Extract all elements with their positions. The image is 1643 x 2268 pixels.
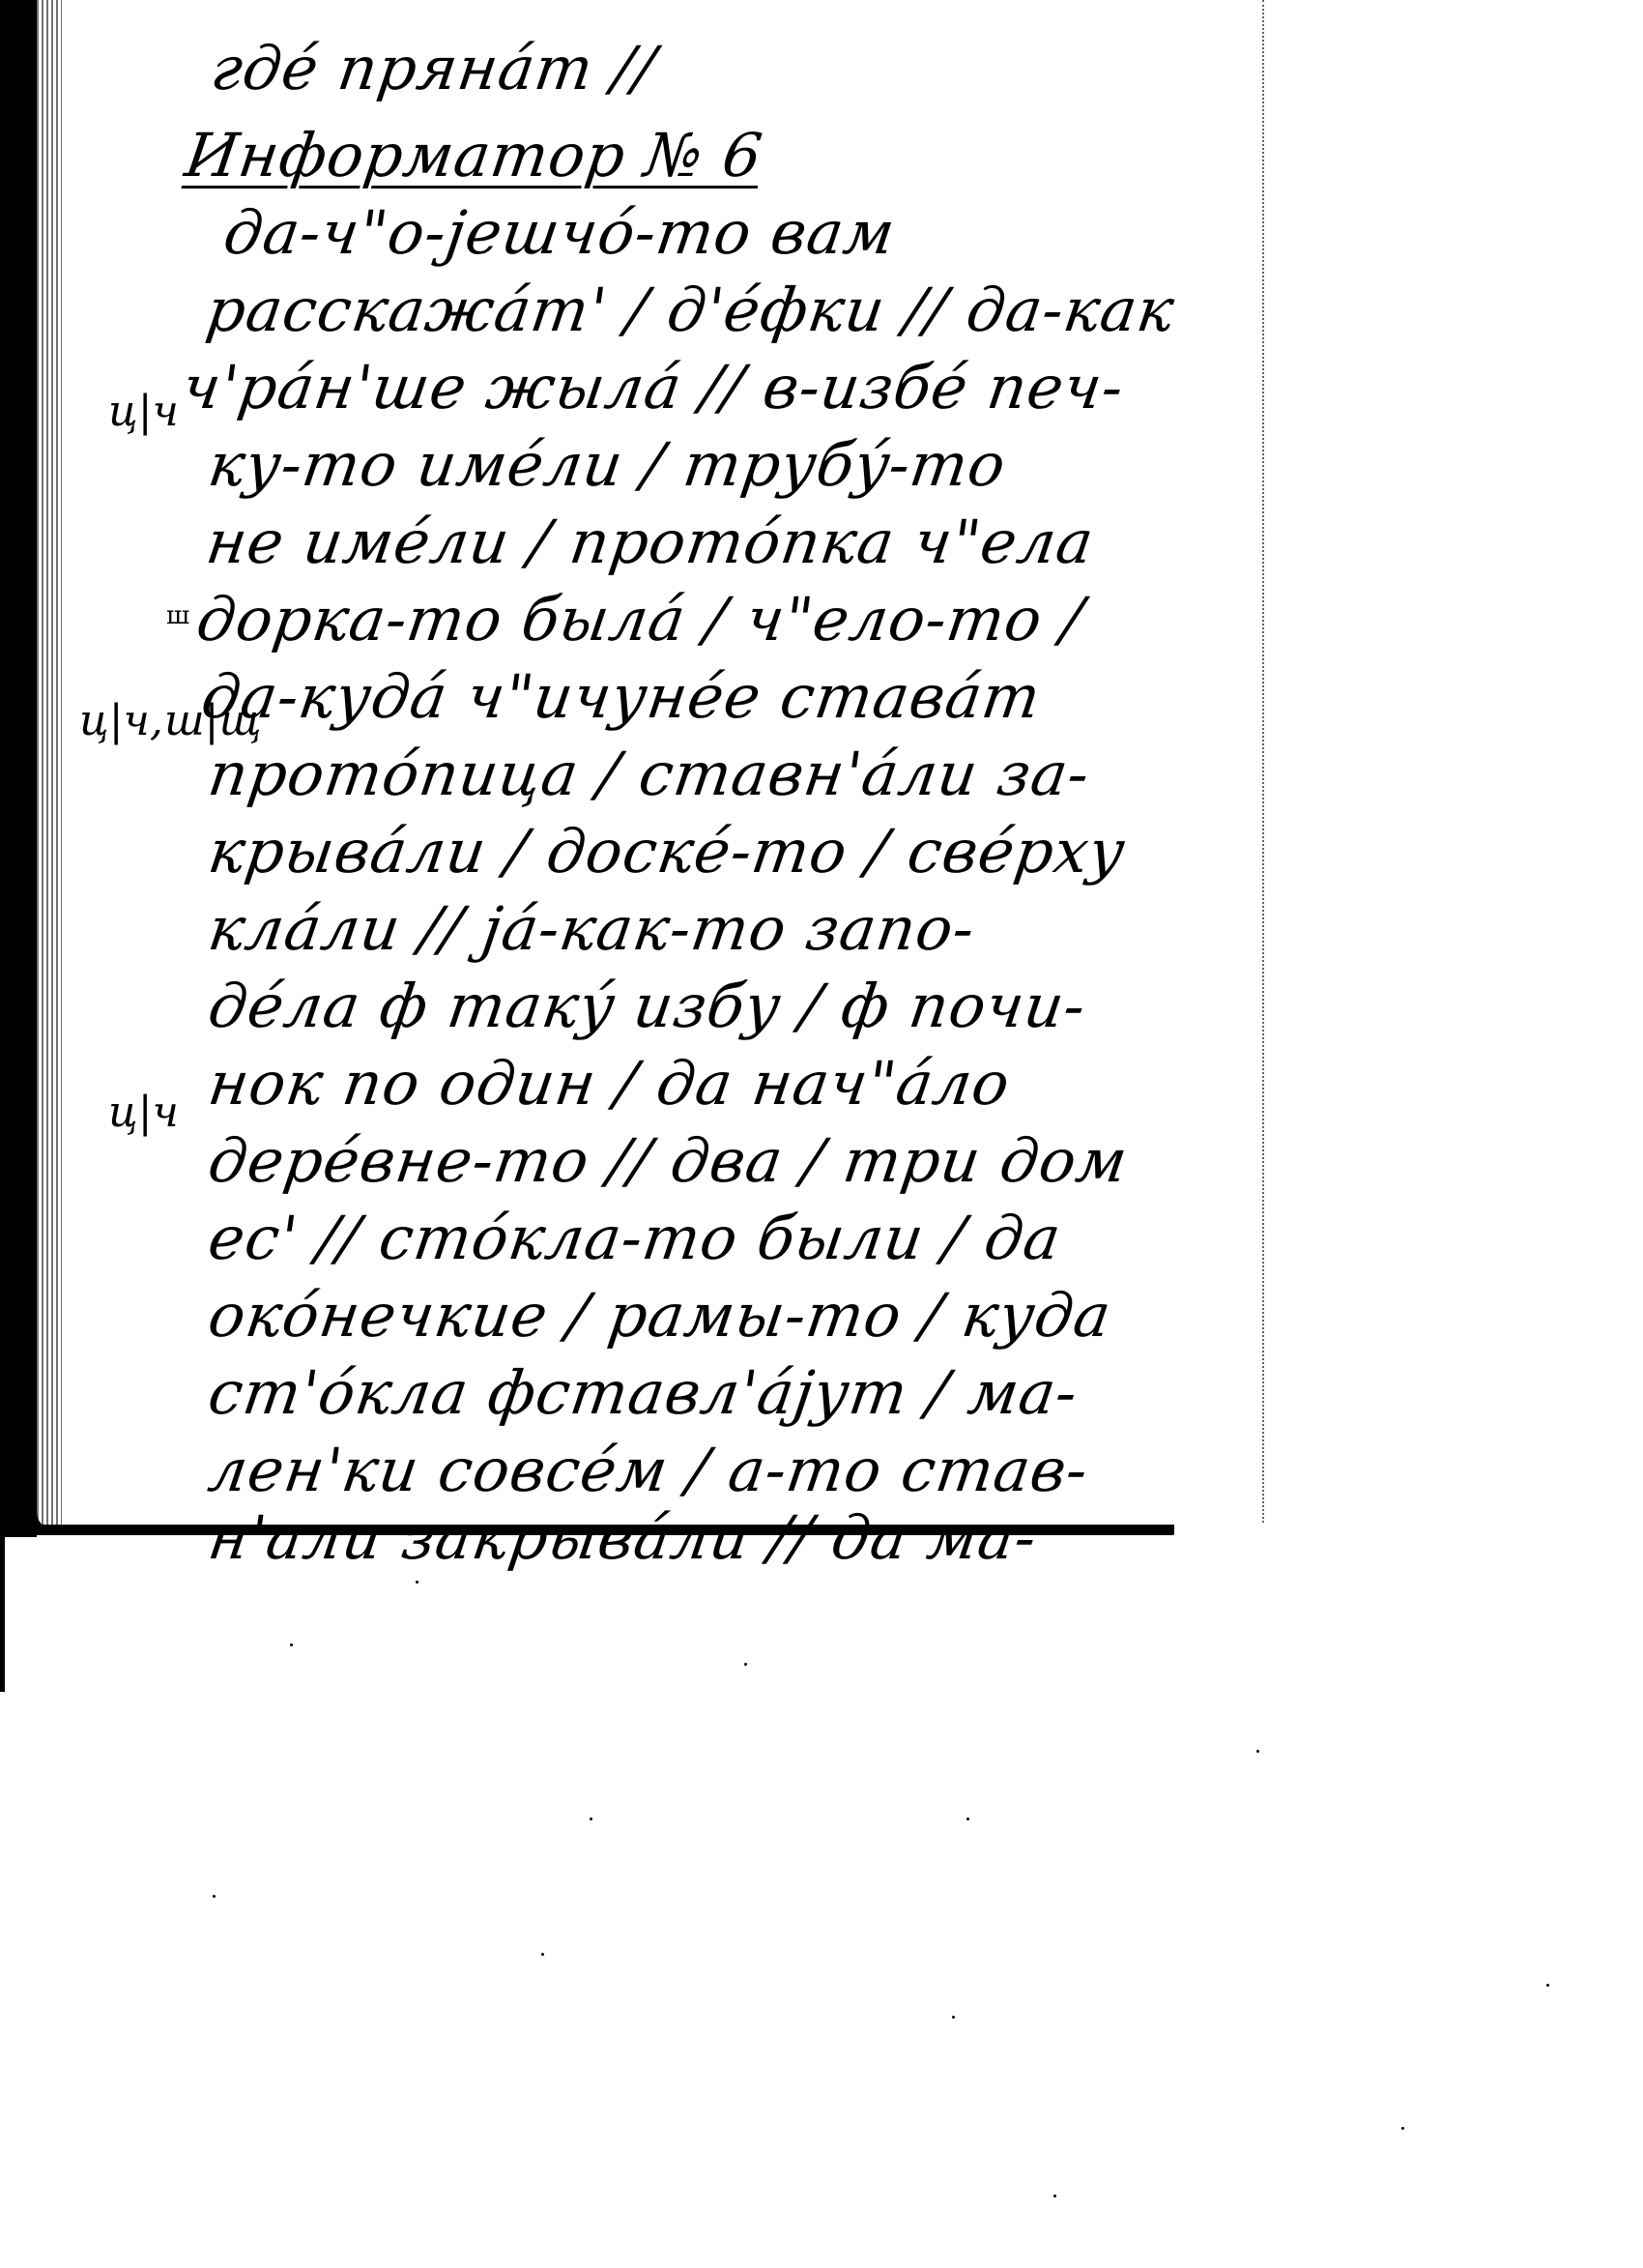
- scan-speck: [1256, 1750, 1259, 1753]
- margin-superscript: ш: [166, 601, 189, 630]
- scan-speck: [1053, 2195, 1056, 2197]
- scan-left-border-tail: [0, 1537, 5, 1692]
- scan-left-edge-noise: [37, 0, 62, 1527]
- transcription-line: ст'óкла фставл'ájут / ма-: [205, 1363, 1081, 1423]
- scan-speck: [1546, 1984, 1549, 1987]
- scan-speck: [290, 1643, 293, 1646]
- transcription-line: клáли // já-как-то запо-: [205, 899, 979, 959]
- margin-note: ц|ч: [108, 1088, 179, 1137]
- transcription-line: крывáли / доскé-то / свéрху: [205, 822, 1129, 882]
- transcription-line: дéла ф такý избу / ф почи-: [205, 976, 1089, 1036]
- transcription-line: лен'ки совсéм / а-то став-: [205, 1440, 1092, 1500]
- transcription-line: гдé прянáт //: [208, 39, 659, 99]
- scan-speck: [1401, 2127, 1404, 2130]
- scan-speck: [744, 1663, 747, 1666]
- scanned-page: гдé прянáт //Информатор № 6да-ч"о-jешчó-…: [0, 0, 1643, 2268]
- transcription-line: дорка-то былá / ч"ело-то /: [193, 590, 1087, 650]
- transcription-line: ку-то имéли / трубý-то: [205, 435, 1010, 495]
- transcription-line: протóпица / ставн'áли за-: [205, 744, 1093, 804]
- scan-speck: [966, 1817, 969, 1820]
- scan-speck: [213, 1895, 216, 1898]
- transcription-line: дерéвне-то // два / три дом: [205, 1131, 1132, 1191]
- transcription-line: окóнечкие / рамы-то / куда: [205, 1286, 1115, 1346]
- margin-note: ц|ч: [108, 387, 179, 436]
- scan-left-border: [0, 0, 37, 1537]
- transcription-line: да-кудá ч"ичунéе ставáт: [198, 667, 1045, 727]
- transcription-line: ес' // стóкла-то были / да: [205, 1208, 1065, 1268]
- scan-speck: [416, 1581, 418, 1584]
- transcription-line: расскажáт' / д'éфки // да-как: [203, 280, 1178, 340]
- scan-speck: [541, 1953, 544, 1956]
- transcription-line: нок по один / да нач"áло: [205, 1054, 1014, 1114]
- transcription-line: да-ч"о-jешчó-то вам: [220, 203, 899, 263]
- transcription-line: н'али закрывáли // да ма-: [205, 1508, 1041, 1568]
- margin-note: ш|щ: [164, 696, 262, 745]
- transcription-line: не имéли / протóпка ч"ела: [203, 512, 1098, 572]
- informant-heading: Информатор № 6: [182, 126, 766, 186]
- transcription-line: ч'рáн'ше жылá // в-избé печ-: [179, 358, 1128, 418]
- margin-note: ц|ч,: [79, 696, 163, 745]
- page-right-edge: [1262, 0, 1264, 1523]
- scan-speck: [952, 2016, 955, 2019]
- scan-speck: [590, 1817, 592, 1820]
